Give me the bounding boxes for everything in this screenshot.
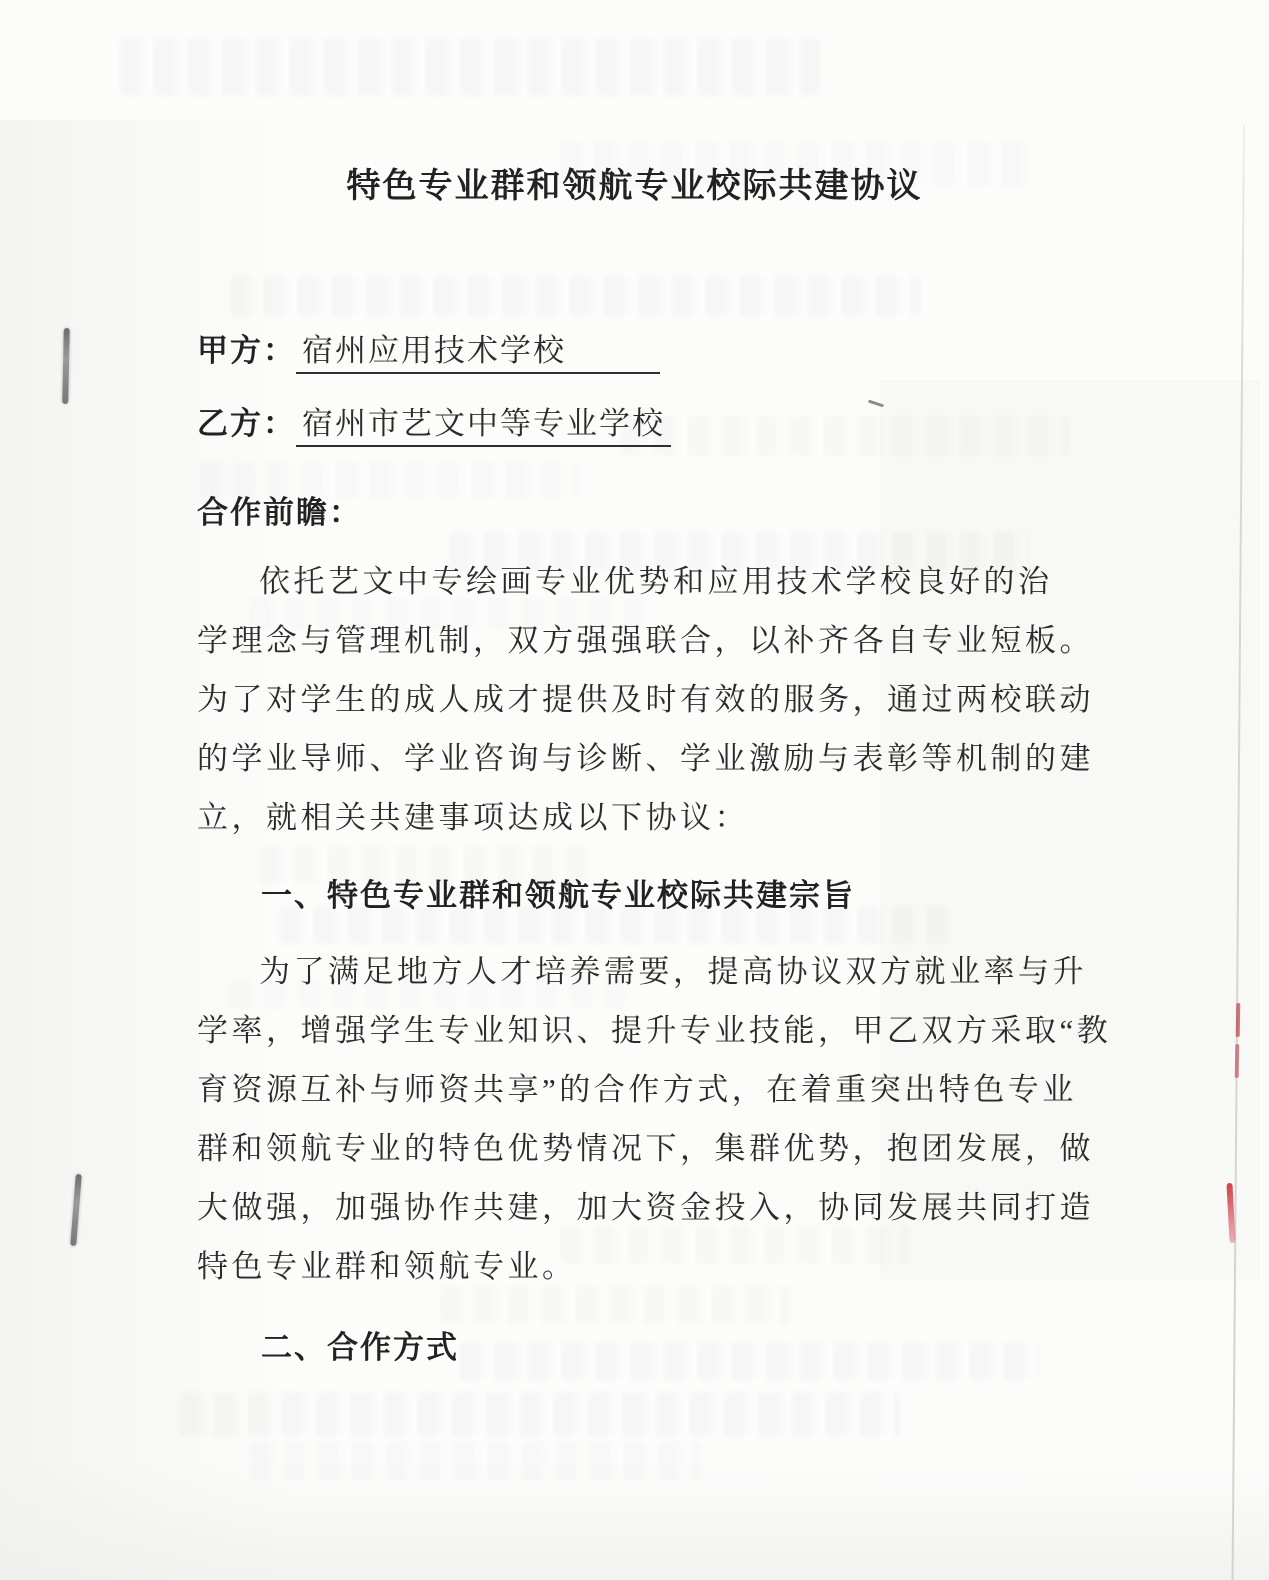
party-a-label: 甲方：	[197, 333, 296, 368]
bleed-through-artifact	[250, 1442, 700, 1480]
bleed-through-artifact	[460, 1342, 1040, 1380]
paragraph-line: 群和领航专业的特色优势情况下，集群优势，抱团发展，做	[197, 1119, 1092, 1178]
scanned-document-page: 特色专业群和领航专业校际共建协议 甲方：宿州应用技术学校 乙方：宿州市艺文中等专…	[0, 0, 1269, 1580]
document-title: 特色专业群和领航专业校际共建协议	[0, 158, 1269, 207]
party-a-line: 甲方：宿州应用技术学校	[197, 325, 660, 374]
red-pen-mark	[1236, 1003, 1241, 1037]
bleed-through-artifact	[620, 416, 1070, 456]
section1-paragraph: 为了满足地方人才培养需要，提高协议双方就业率与升 学率，增强学生专业知识、提升专…	[197, 942, 1092, 1296]
intro-paragraph: 依托艺文中专绘画专业优势和应用技术学校良好的治 学理念与管理机制，双方强强联合，…	[197, 552, 1092, 847]
stray-pen-tick	[868, 400, 884, 408]
staple-mark	[62, 328, 70, 404]
bleed-through-artifact	[230, 276, 920, 316]
section1-heading: 一、特色专业群和领航专业校际共建宗旨	[261, 870, 855, 915]
page-edge-line	[1232, 125, 1245, 1580]
paragraph-line: 特色专业群和领航专业。	[197, 1237, 1092, 1296]
staple-mark	[70, 1174, 82, 1246]
red-pen-mark	[1235, 1044, 1240, 1078]
party-a-value: 宿州应用技术学校	[296, 325, 660, 374]
party-b-label: 乙方：	[197, 406, 296, 441]
paragraph-line: 的学业导师、学业咨询与诊断、学业激励与表彰等机制的建	[197, 729, 1092, 788]
paragraph-line: 大做强，加强协作共建，加大资金投入，协同发展共同打造	[197, 1178, 1092, 1237]
paragraph-line: 立，就相关共建事项达成以下协议：	[197, 788, 1092, 847]
party-b-line: 乙方：宿州市艺文中等专业学校	[197, 398, 671, 447]
bleed-through-artifact	[120, 38, 820, 96]
paragraph-line: 为了满足地方人才培养需要，提高协议双方就业率与升	[197, 942, 1092, 1001]
paragraph-line: 学理念与管理机制，双方强强联合，以补齐各自专业短板。	[197, 611, 1092, 670]
intro-heading: 合作前瞻：	[197, 487, 362, 532]
bleed-through-artifact	[180, 1392, 900, 1436]
paragraph-line: 为了对学生的成人成才提供及时有效的服务，通过两校联动	[197, 670, 1092, 729]
paragraph-line: 学率，增强学生专业知识、提升专业技能，甲乙双方采取“教	[197, 1001, 1092, 1060]
paragraph-line: 依托艺文中专绘画专业优势和应用技术学校良好的治	[197, 552, 1092, 611]
section2-heading: 二、合作方式	[261, 1322, 459, 1367]
paragraph-line: 育资源互补与师资共享”的合作方式，在着重突出特色专业	[197, 1060, 1092, 1119]
party-b-value: 宿州市艺文中等专业学校	[296, 398, 671, 447]
